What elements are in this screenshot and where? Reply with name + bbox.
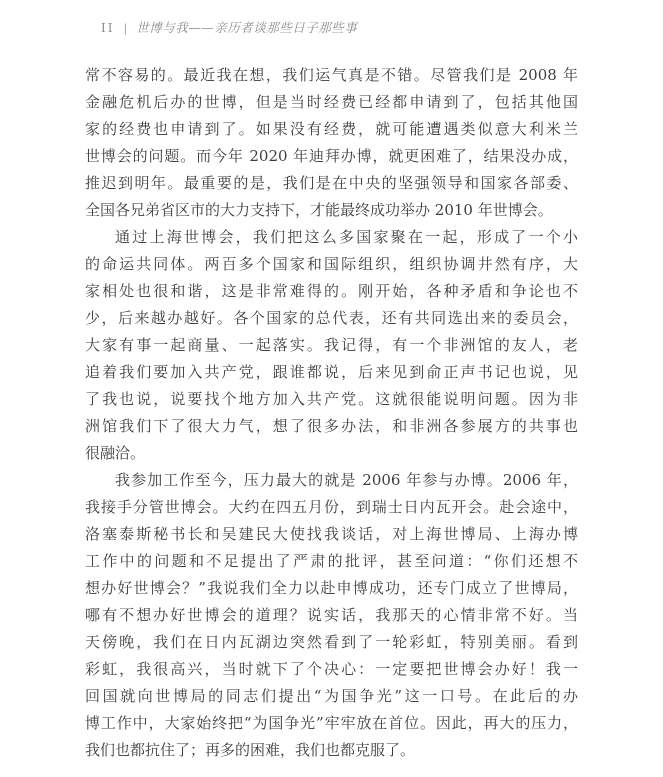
text-line: 洲馆我们下了很大力气，想了很多办法，和非洲各参展方的共事也 [85, 413, 578, 440]
text-line: 了我也说，说要找个地方加入共产党。这就很能说明问题。因为非 [85, 386, 578, 413]
text-line: 推迟到明年。最重要的是，我们是在中央的坚强领导和国家各部委、 [85, 170, 578, 197]
text-line: 追着我们要加入共产党，跟谁都说，后来见到俞正声书记也说，见 [85, 359, 578, 386]
text-line: 通过上海世博会，我们把这么多国家聚在一起，形成了一个小 [85, 224, 578, 251]
text-line: 博工作中，大家始终把“为国争光”牢牢放在首位。因此，再大的压力， [85, 710, 578, 737]
text-line: 大家有事一起商量、一起落实。我记得，有一个非洲馆的友人，老 [85, 332, 578, 359]
text-line: 世博会的问题。而今年 2020 年迪拜办博，就更困难了，结果没办成， [85, 143, 578, 170]
running-header: II | 世博与我——亲历者谈那些日子那些事 [101, 18, 357, 36]
text-line: 工作中的问题和不足提出了严肃的批评，甚至问道：“你们还想不 [85, 548, 578, 575]
text-line: 洛塞泰斯秘书长和吴建民大使找我谈话，对上海世博局、上海办博 [85, 521, 578, 548]
header-separator: | [123, 22, 127, 35]
text-line: 我接手分管世博会。大约在四五月份，到瑞士日内瓦开会。赴会途中， [85, 494, 578, 521]
body-text: 常不容易的。最近我在想，我们运气真是不错。尽管我们是 2008 年金融危机后办的… [85, 62, 578, 764]
text-line: 哪有不想办好世博会的道理？说实话，我那天的心情非常不好。当 [85, 602, 578, 629]
text-line: 我们也都抗住了；再多的困难，我们也都克服了。 [85, 737, 578, 764]
text-line: 家的经费也申请到了。如果没有经费，就可能遭遇类似意大利米兰 [85, 116, 578, 143]
paragraph-2: 通过上海世博会，我们把这么多国家聚在一起，形成了一个小的命运共同体。两百多个国家… [85, 224, 578, 467]
text-line: 天傍晚，我们在日内瓦湖边突然看到了一轮彩虹，特别美丽。看到 [85, 629, 578, 656]
text-line: 全国各兄弟省区市的大力支持下，才能最终成功举办 2010 年世博会。 [85, 197, 578, 224]
text-line: 家相处也很和谐，这是非常难得的。刚开始，各种矛盾和争论也不 [85, 278, 578, 305]
text-line: 回国就向世博局的同志们提出“为国争光”这一口号。在此后的办 [85, 683, 578, 710]
book-page: II | 世博与我——亲历者谈那些日子那些事 常不容易的。最近我在想，我们运气真… [0, 0, 663, 777]
text-line: 少，后来越办越好。各个国家的总代表，还有共同选出来的委员会， [85, 305, 578, 332]
running-title: 世博与我——亲历者谈那些日子那些事 [136, 18, 357, 36]
text-line: 想办好世博会？”我说我们全力以赴申博成功，还专门成立了世博局， [85, 575, 578, 602]
page-number: II [101, 21, 114, 35]
paragraph-1: 常不容易的。最近我在想，我们运气真是不错。尽管我们是 2008 年金融危机后办的… [85, 62, 578, 224]
text-line: 金融危机后办的世博，但是当时经费已经都申请到了，包括其他国 [85, 89, 578, 116]
text-line: 的命运共同体。两百多个国家和国际组织，组织协调井然有序，大 [85, 251, 578, 278]
text-line: 常不容易的。最近我在想，我们运气真是不错。尽管我们是 2008 年 [85, 62, 578, 89]
text-line: 彩虹，我很高兴，当时就下了个决心：一定要把世博会办好！我一 [85, 656, 578, 683]
text-line: 我参加工作至今，压力最大的就是 2006 年参与办博。2006 年， [85, 467, 578, 494]
paragraph-3: 我参加工作至今，压力最大的就是 2006 年参与办博。2006 年，我接手分管世… [85, 467, 578, 764]
text-line: 很融洽。 [85, 440, 578, 467]
